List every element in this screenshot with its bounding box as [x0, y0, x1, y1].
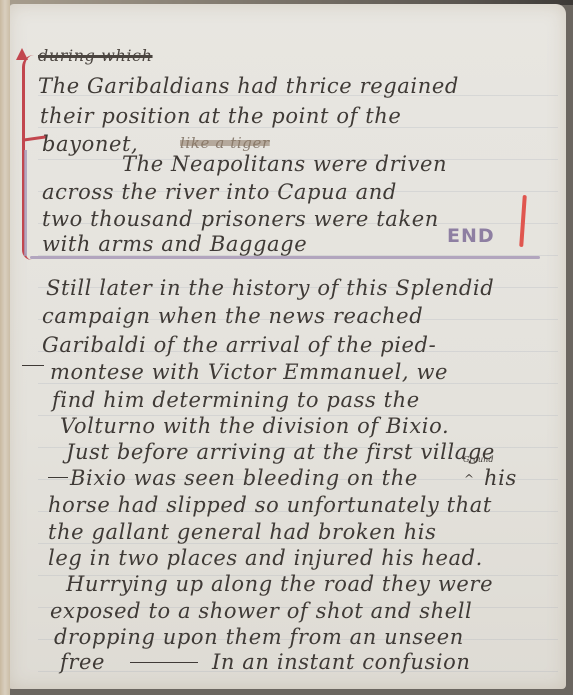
- text-line: The Garibaldians had thrice regained: [38, 74, 459, 98]
- purple-pencil-underline: [30, 256, 540, 259]
- text-line: his: [484, 466, 517, 490]
- purple-pencil-margin-line: [24, 150, 27, 256]
- text-line: free: [60, 650, 105, 674]
- text-line: horse had slipped so unfortunately that: [48, 493, 492, 517]
- text-line: Just before arriving at the first villag…: [66, 440, 495, 464]
- text-line: dropping upon them from an unseen: [54, 625, 464, 649]
- text-line: Hurrying up along the road they were: [66, 572, 493, 596]
- struck-heading: during which: [38, 46, 153, 65]
- insertion-caret-icon: ^: [464, 472, 474, 486]
- long-dash: [130, 662, 198, 663]
- margin-dash: [48, 477, 68, 478]
- text-line: find him determining to pass the: [52, 388, 420, 412]
- text-line: with arms and Baggage: [42, 232, 307, 256]
- margin-dash: [22, 365, 44, 366]
- text-line: Still later in the history of this Splen…: [46, 276, 494, 300]
- text-line: Bixio was seen bleeding on the: [70, 466, 418, 490]
- text-line: montese with Victor Emmanuel, we: [50, 360, 448, 384]
- book-binding-edge: [0, 0, 10, 695]
- text-line: The Neapolitans were driven: [122, 152, 447, 176]
- text-line: campaign when the news reached: [42, 304, 423, 328]
- text-line: the gallant general had broken his: [48, 520, 436, 544]
- text-line: two thousand prisoners were taken: [42, 207, 439, 231]
- inserted-word: Ground: [463, 455, 493, 464]
- struck-inline-text: like a tiger: [180, 134, 270, 152]
- text-line: leg in two places and injured his head.: [48, 546, 483, 570]
- end-stamp: END: [447, 225, 495, 247]
- text-line: In an instant confusion: [212, 650, 471, 674]
- text-line: exposed to a shower of shot and shell: [50, 599, 472, 623]
- text-line: Garibaldi of the arrival of the pied-: [42, 333, 436, 357]
- text-line: across the river into Capua and: [42, 180, 397, 204]
- text-line: Volturno with the division of Bixio.: [60, 414, 449, 438]
- text-line: their position at the point of the: [40, 104, 401, 128]
